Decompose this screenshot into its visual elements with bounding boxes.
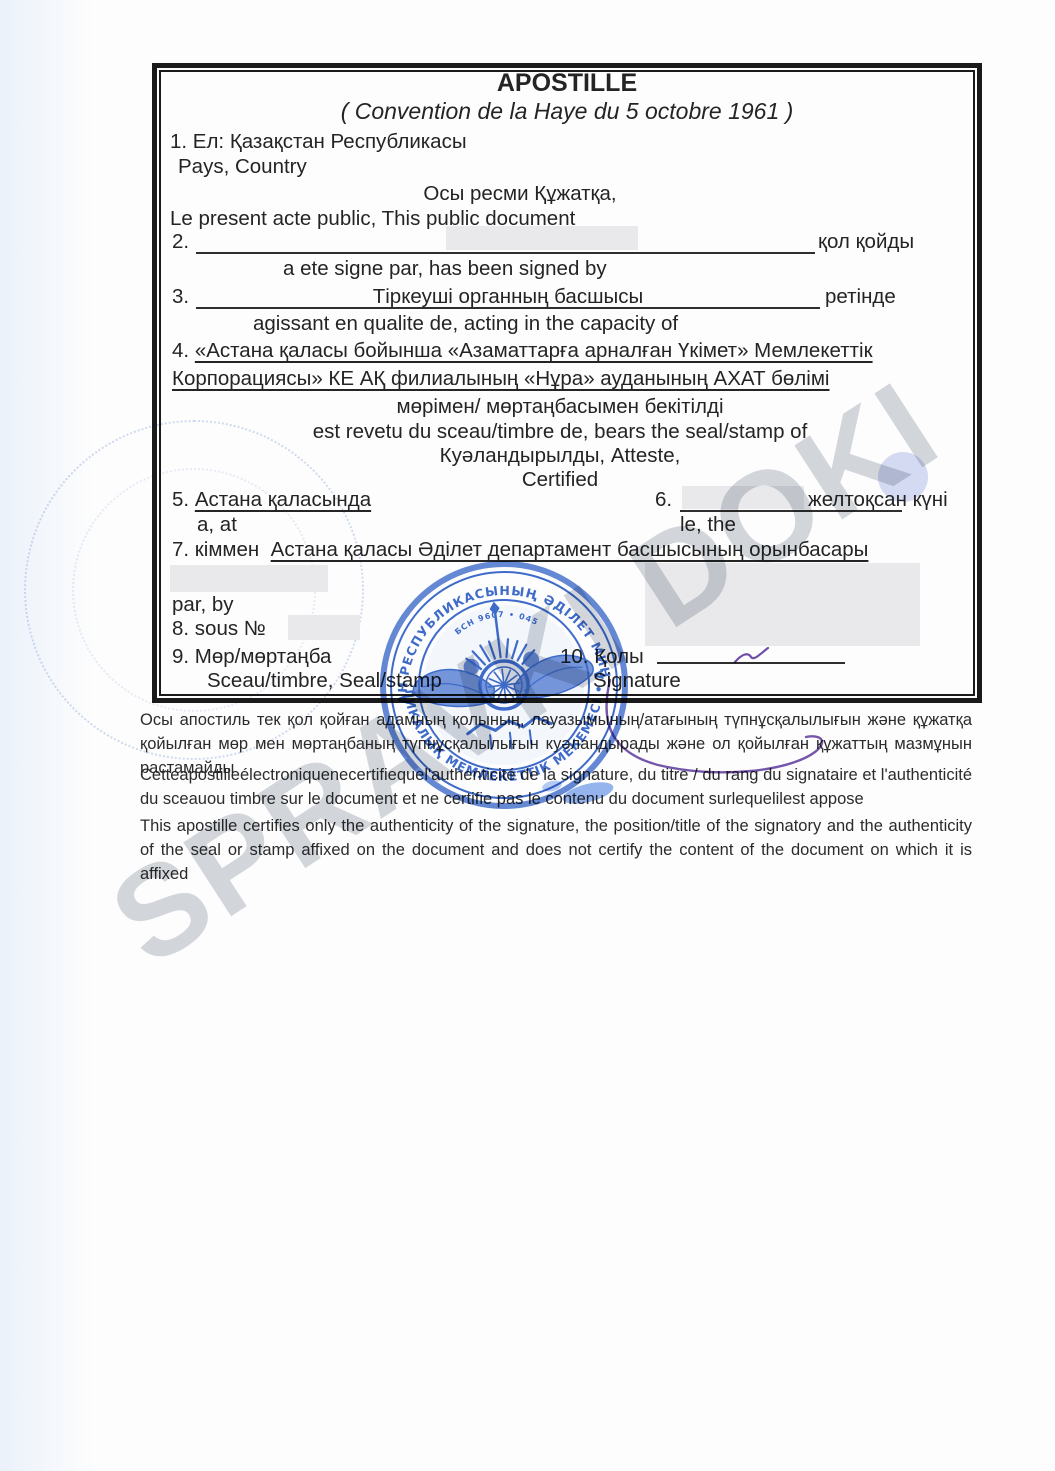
field5-number: 5. — [172, 488, 189, 511]
field4-caption-kk: мөрімен/ мөртаңбасымен бекітілді — [170, 394, 950, 419]
field3-suffix: ретінде — [825, 284, 896, 309]
field7-caption: par, by — [172, 592, 234, 617]
redaction-box-field7-right — [645, 563, 920, 646]
field3-value: Тіркеуші органның басшысы — [196, 284, 820, 309]
field2-number: 2. — [172, 229, 189, 254]
redaction-box-field2 — [446, 226, 638, 250]
redaction-box-field6 — [682, 486, 804, 509]
field1-country: 1. Ел: Қазақстан Республикасы — [170, 129, 467, 154]
field10-signature-line — [657, 640, 845, 664]
field4-number: 4. — [172, 339, 189, 362]
seal-graphic: ҚАЗАҚСТАН РЕСПУБЛИКАСЫНЫҢ ӘДІЛЕТ МИНИСТР… — [355, 536, 654, 835]
field3-caption: agissant en qualite de, acting in the ca… — [253, 311, 678, 336]
field8-label: 8. sous № — [172, 616, 266, 641]
field2-caption: a ete signe par, has been signed by — [283, 256, 607, 281]
field5-value: Астана қаласында — [195, 488, 371, 511]
field1-caption: Pays, Country — [178, 154, 307, 179]
field9-label: 9. Мөр/мөртаңба — [172, 644, 331, 669]
field6-value: желтоқсан күні — [808, 487, 948, 512]
field4-value-line2: Корпорациясы» КЕ АҚ филиалының «Нұра» ау… — [172, 367, 829, 390]
field6-caption: le, the — [680, 512, 736, 537]
official-seal-stamp: ҚАЗАҚСТАН РЕСПУБЛИКАСЫНЫҢ ӘДІЛЕТ МИНИСТР… — [370, 551, 638, 819]
field5-line: 5. Астана қаласында — [172, 487, 371, 512]
apostille-scanned-page: APOSTILLE ( Convention de la Haye du 5 o… — [0, 0, 1055, 1471]
scan-tint — [0, 0, 95, 1471]
page-title: APOSTILLE — [156, 68, 978, 99]
field2-suffix: қол қойды — [818, 229, 914, 254]
certified-kk: Куәландырылды, Atteste, — [170, 443, 950, 468]
redaction-box-field7-left — [170, 565, 328, 592]
field6-number: 6. — [655, 487, 672, 512]
redaction-box-field8 — [288, 615, 360, 640]
field4-line1: 4. «Астана қаласы бойынша «Азаматтарға а… — [172, 338, 873, 363]
intro-kk: Осы ресми Құжатқа, — [170, 181, 870, 206]
field3-number: 3. — [172, 284, 189, 309]
field7-label: 7. кіммен — [172, 538, 259, 561]
convention-subtitle: ( Convention de la Haye du 5 octobre 196… — [156, 97, 978, 125]
field4-value-line1: «Астана қаласы бойынша «Азаматтарға арна… — [195, 339, 873, 362]
field5-caption: a, at — [197, 512, 237, 537]
footer-paragraph-en: This apostille certifies only the authen… — [140, 814, 972, 886]
field4-caption-fr-en: est revetu du sceau/timbre de, bears the… — [170, 419, 950, 444]
field4-line2: Корпорациясы» КЕ АҚ филиалының «Нұра» ау… — [172, 366, 829, 391]
